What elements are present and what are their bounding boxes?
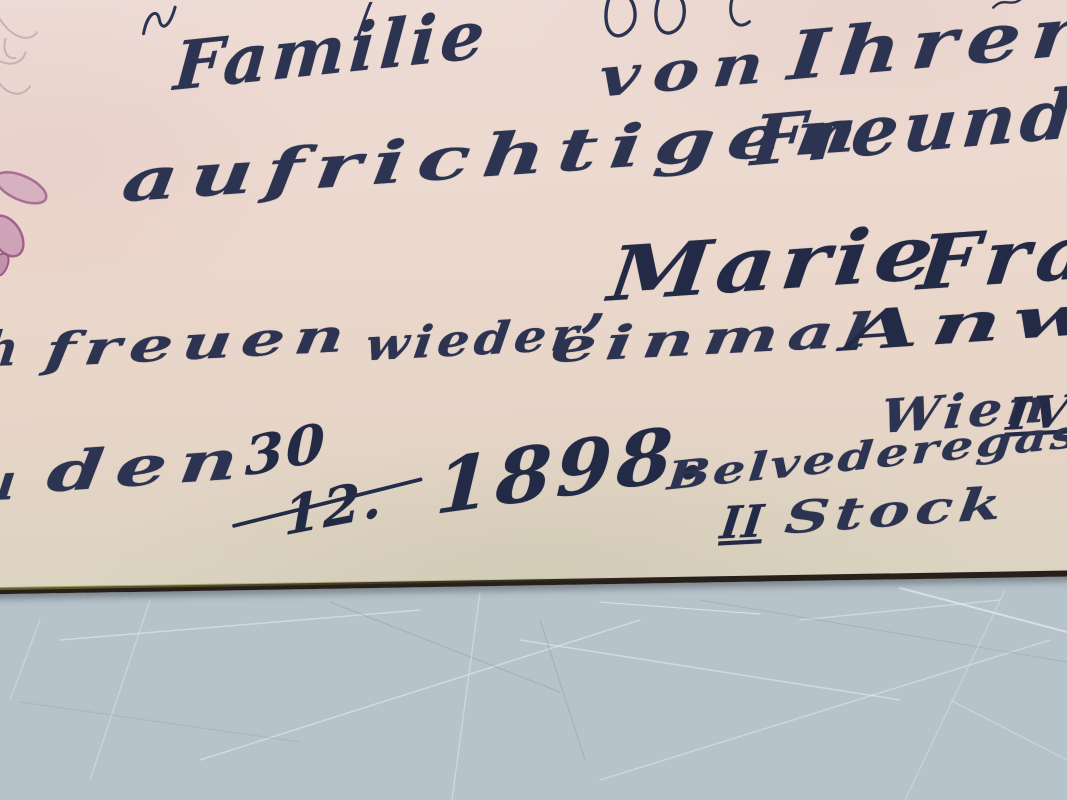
handwritten-word: h [0, 325, 21, 375]
handwritten-word: 30 [244, 416, 327, 485]
handwritten-word: Stock [783, 482, 1009, 542]
handwritten-word: u [0, 457, 19, 509]
postcard: FamilievonIhreraufrichtigenFreundin,Mari… [0, 0, 1067, 595]
handwritten-word: freuen [43, 311, 357, 373]
handwritten-word: Anw [842, 286, 1067, 359]
handwritten-word: Familie [172, 0, 491, 100]
photo-of-handwritten-postcard: { "colors": { "ink": "#2c3452", "ink_bol… [0, 0, 1067, 800]
handwritten-word: von [597, 35, 779, 105]
postcard-content: FamilievonIhreraufrichtigenFreundin,Mari… [0, 0, 1067, 588]
handwritten-word: Ihrer [786, 0, 1067, 90]
handwriting-layer: FamilievonIhreraufrichtigenFreundin,Mari… [0, 0, 1067, 588]
handwritten-word: II [718, 500, 767, 547]
handwritten-word: den [45, 431, 253, 500]
